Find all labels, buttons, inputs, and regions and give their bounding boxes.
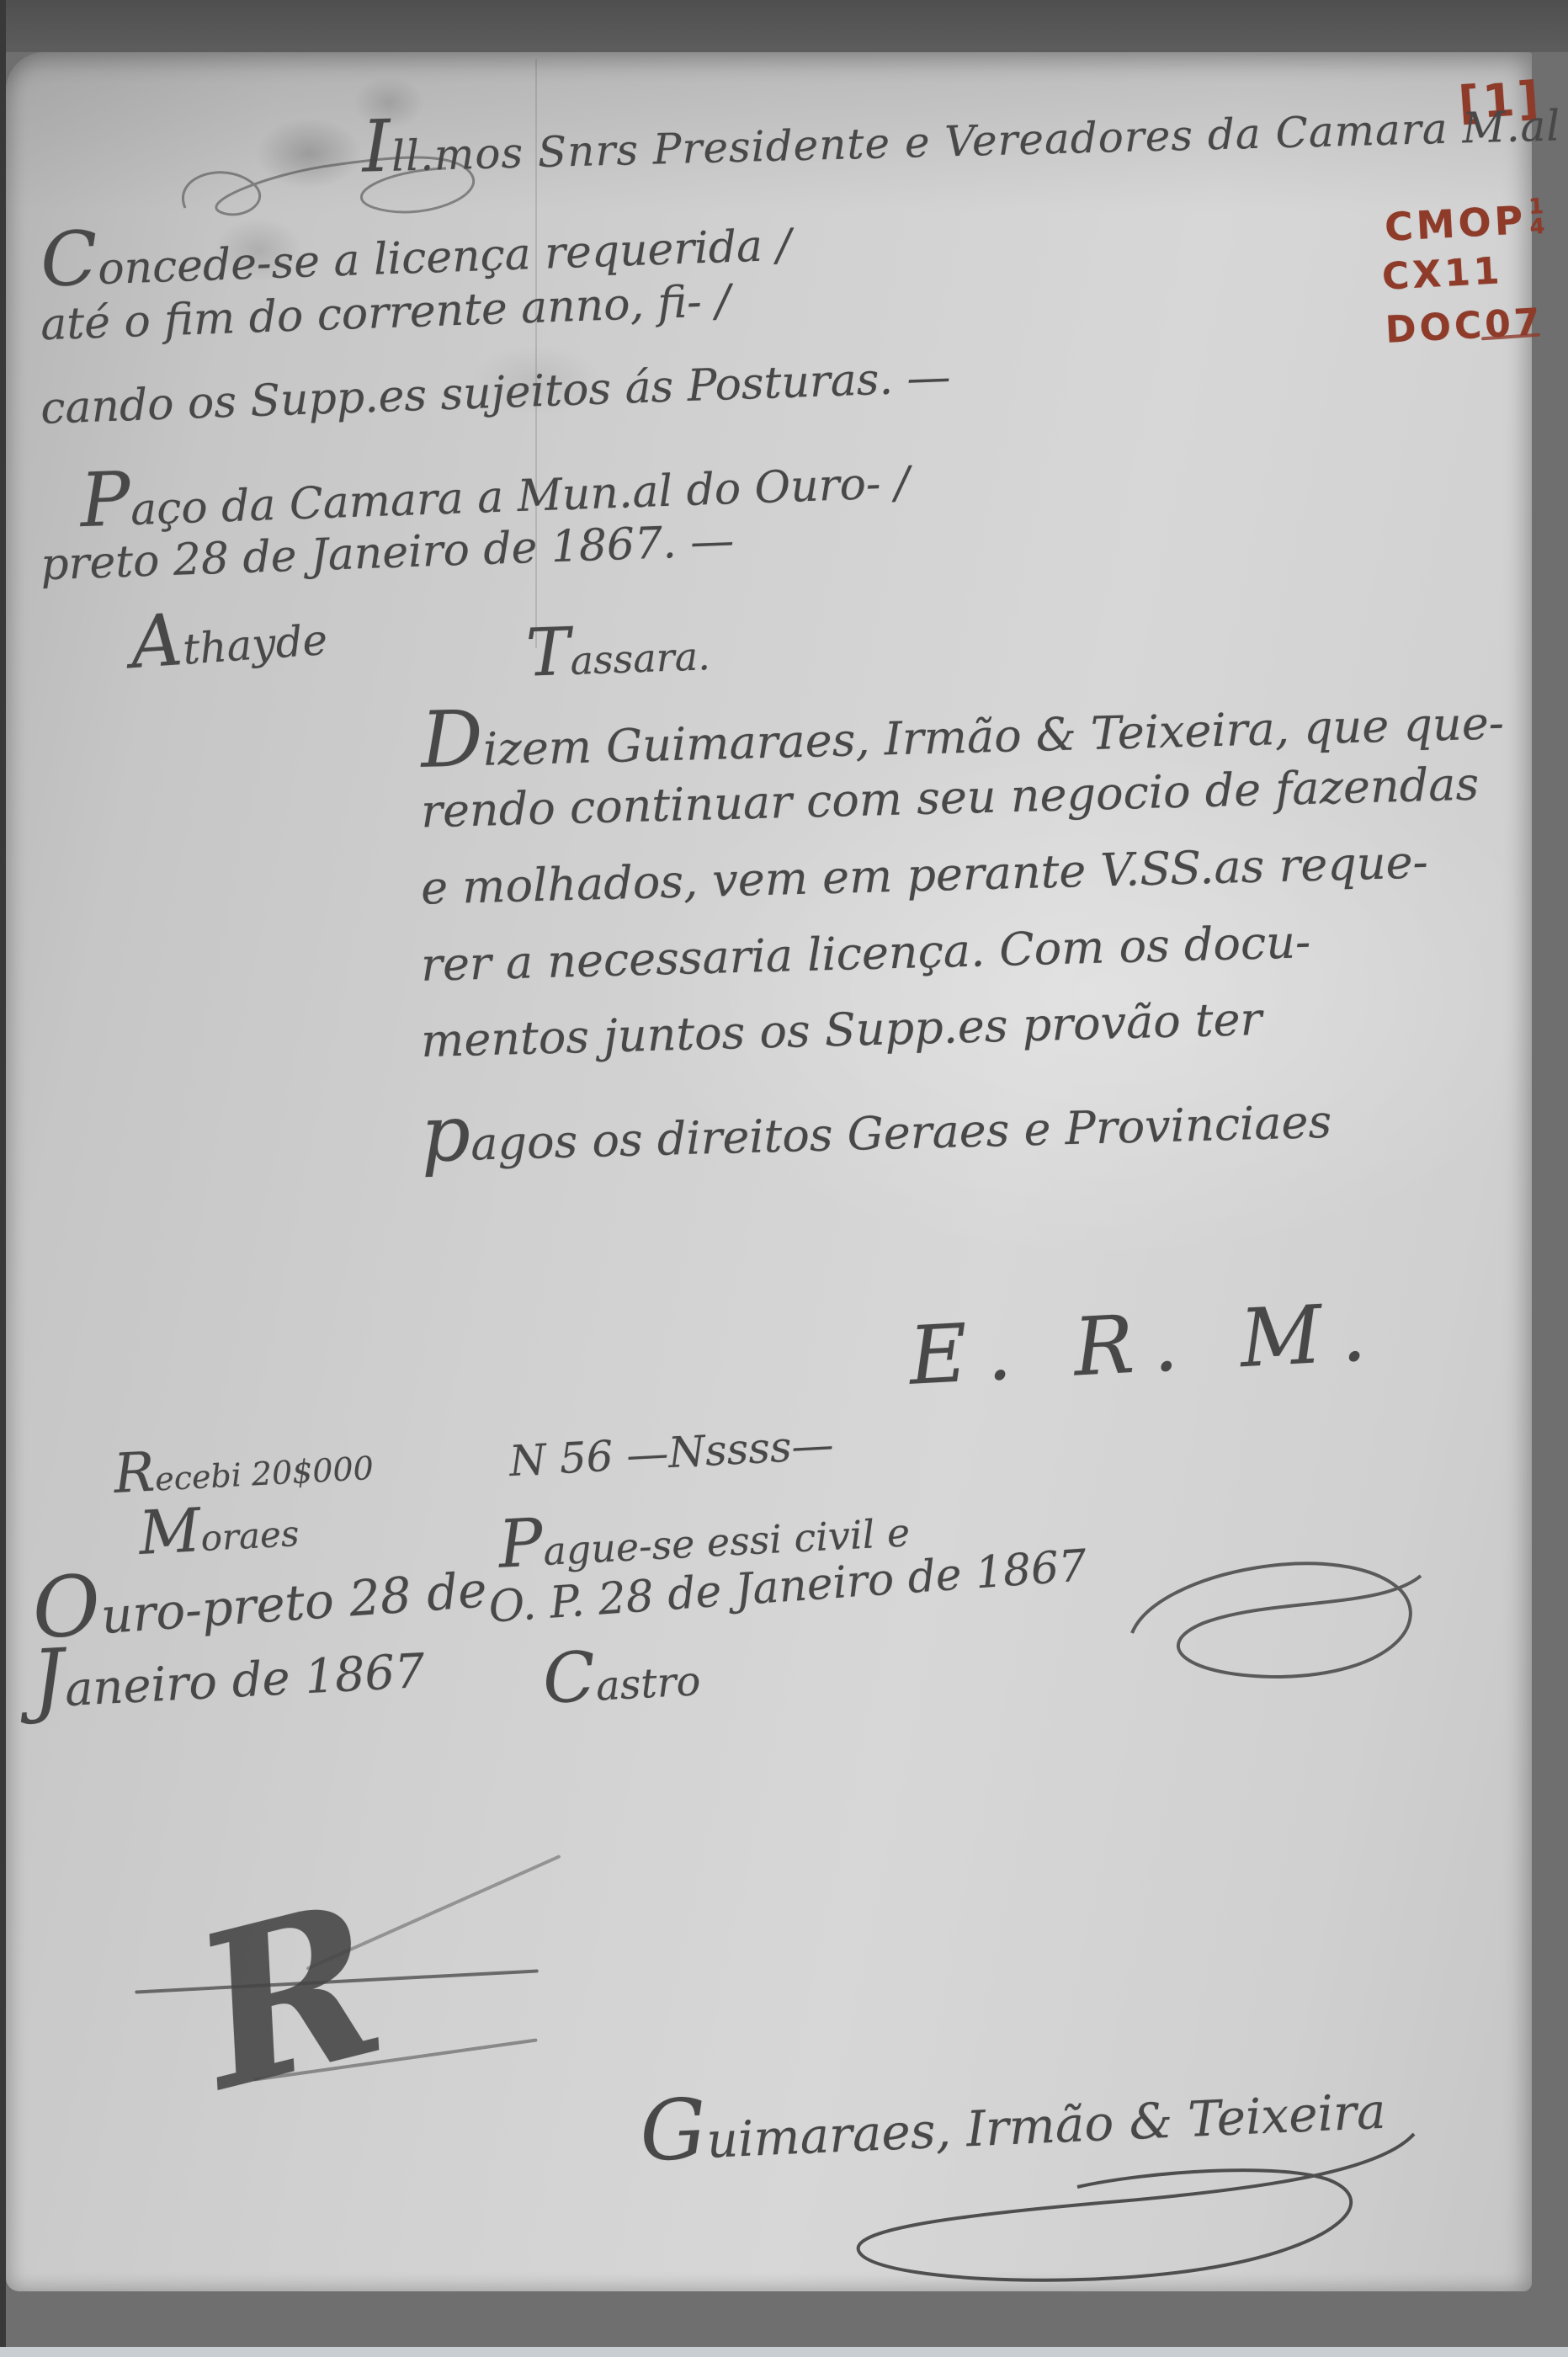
- castro-rubric-flourish: [1111, 1532, 1439, 1692]
- scanner-bed-top: [0, 0, 1568, 52]
- archival-fund-sub: 4: [1529, 216, 1545, 237]
- archival-box-code: CX11: [1381, 249, 1504, 298]
- dispatch-note-signature-castro: Castro: [541, 1636, 702, 1716]
- scanner-bed-bottom: [0, 2347, 1568, 2357]
- archival-fund-fraction: 14: [1528, 196, 1545, 237]
- archival-fund-text: CMOP: [1384, 197, 1528, 250]
- archival-fund-code: CMOP14: [1384, 196, 1546, 250]
- archival-doc-code: DOC07: [1385, 301, 1544, 352]
- scanner-bed-left: [0, 0, 6, 2357]
- signature-flourish: [825, 2121, 1431, 2306]
- despacho-signature-athayde: Athayde: [128, 593, 329, 681]
- scanned-document: [1] CMOP14 CX11 DOC07 Ill.mos Snrs Presi…: [0, 0, 1568, 2357]
- despacho-signature-tassara: Tassara.: [525, 613, 711, 689]
